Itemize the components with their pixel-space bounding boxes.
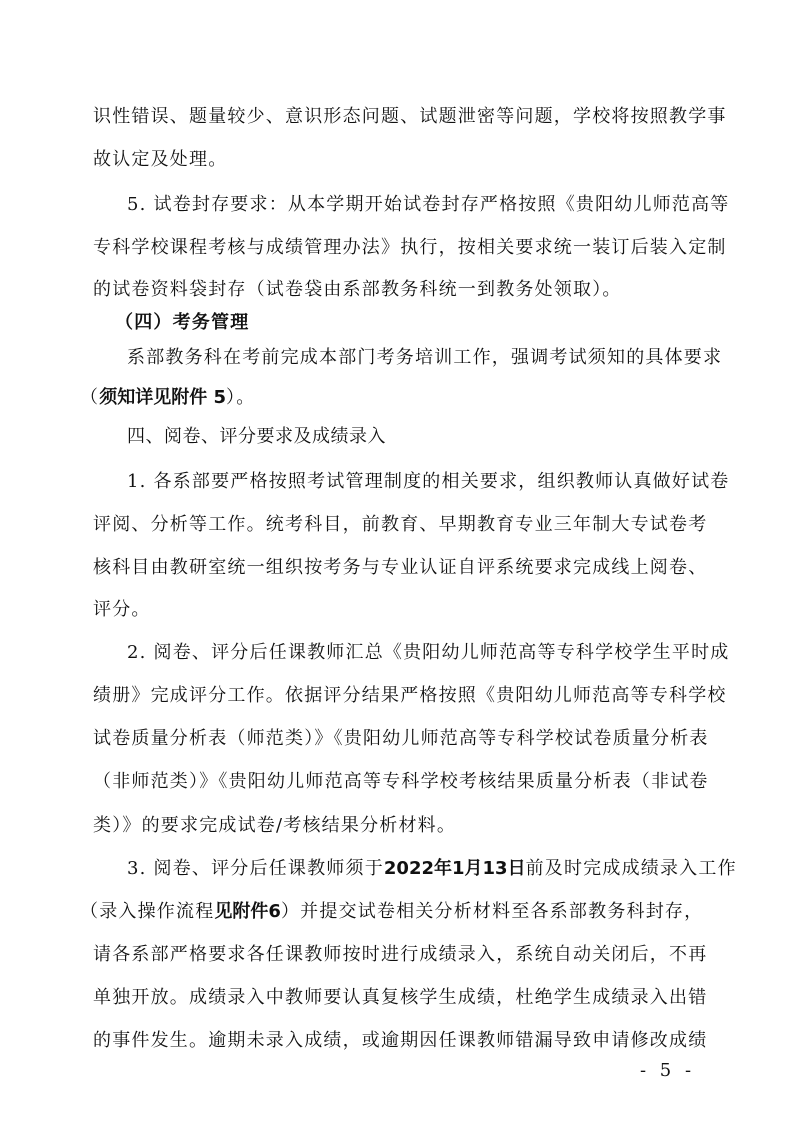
paragraph-line: 的事件发生。逾期未录入成绩，或逾期因任课教师错漏导致申请修改成绩 [93,1029,697,1053]
paragraph-line: 评阅、分析等工作。统考科目，前教育、早期教育专业三年制大专试卷考 [93,513,697,537]
text: （录入操作流程 [80,901,214,922]
paragraph-line: 系部教务科在考前完成本部门考务培训工作，强调考试须知的具体要求 [127,346,697,370]
text: ）并提交试卷相关分析材料至各系部教务科封存， [281,901,703,922]
page-number: - 5 - [640,1060,695,1081]
notice-open: （ [80,387,99,408]
section-heading: （四）考务管理 [115,311,719,335]
paragraph-line: 识性错误、题量较少、意识形态问题、试题泄密等问题，学校将按照教学事 [93,105,697,129]
text: 3. 阅卷、评分后任课教师须于 [127,858,384,879]
section-heading: 四、阅卷、评分要求及成绩录入 [127,425,697,449]
paragraph-line: 试卷质量分析表（师范类）》《贵阳幼儿师范高等专科学校试卷质量分析表 [93,727,697,751]
paragraph-line: 专科学校课程考核与成绩管理办法》执行，按相关要求统一装订后装入定制 [93,236,697,260]
paragraph-line: 类）》的要求完成试卷/考核结果分析材料。 [93,814,697,838]
paragraph-line: 3. 阅卷、评分后任课教师须于2022年1月13日前及时完成成绩录入工作 [127,857,697,881]
paragraph-line: 5. 试卷封存要求：从本学期开始试卷封存严格按照《贵阳幼儿师范高等 [127,193,697,217]
paragraph-line: 单独开放。成绩录入中教师要认真复核学生成绩，杜绝学生成绩录入出错 [93,986,697,1010]
paragraph-line: 1. 各系部要严格按照考试管理制度的相关要求，组织教师认真做好试卷 [127,470,697,494]
paragraph-line: 故认定及处理。 [93,148,697,172]
paragraph-line: 核科目由教研室统一组织按考务与专业认证自评系统要求完成线上阅卷、 [93,556,697,580]
paragraph-line: 2. 阅卷、评分后任课教师汇总《贵阳幼儿师范高等专科学校学生平时成 [127,641,697,665]
paragraph-line: 的试卷资料袋封存（试卷袋由系部教务科统一到教务处领取）。 [93,278,697,302]
paragraph-line: 评分。 [93,598,697,622]
paragraph-line: 绩册》完成评分工作。依据评分结果严格按照《贵阳幼儿师范高等专科学校 [93,684,697,708]
notice-attachment-ref: 须知详见附件 5 [99,387,226,408]
paragraph-line: （非师范类）》《贵阳幼儿师范高等专科学校考核结果质量分析表（非试卷 [93,770,697,794]
paragraph-line: 请各系部严格要求各任课教师按时进行成绩录入，系统自动关闭后，不再 [93,943,697,967]
attachment-ref: 见附件6 [214,901,281,922]
paragraph-line: （录入操作流程见附件6）并提交试卷相关分析材料至各系部教务科封存， [80,900,684,924]
deadline-date: 2022年1月13日 [384,858,526,879]
notice-close: ）。 [226,387,255,408]
text: 前及时完成成绩录入工作 [526,858,737,879]
paragraph-line: （须知详见附件 5）。 [80,386,684,410]
